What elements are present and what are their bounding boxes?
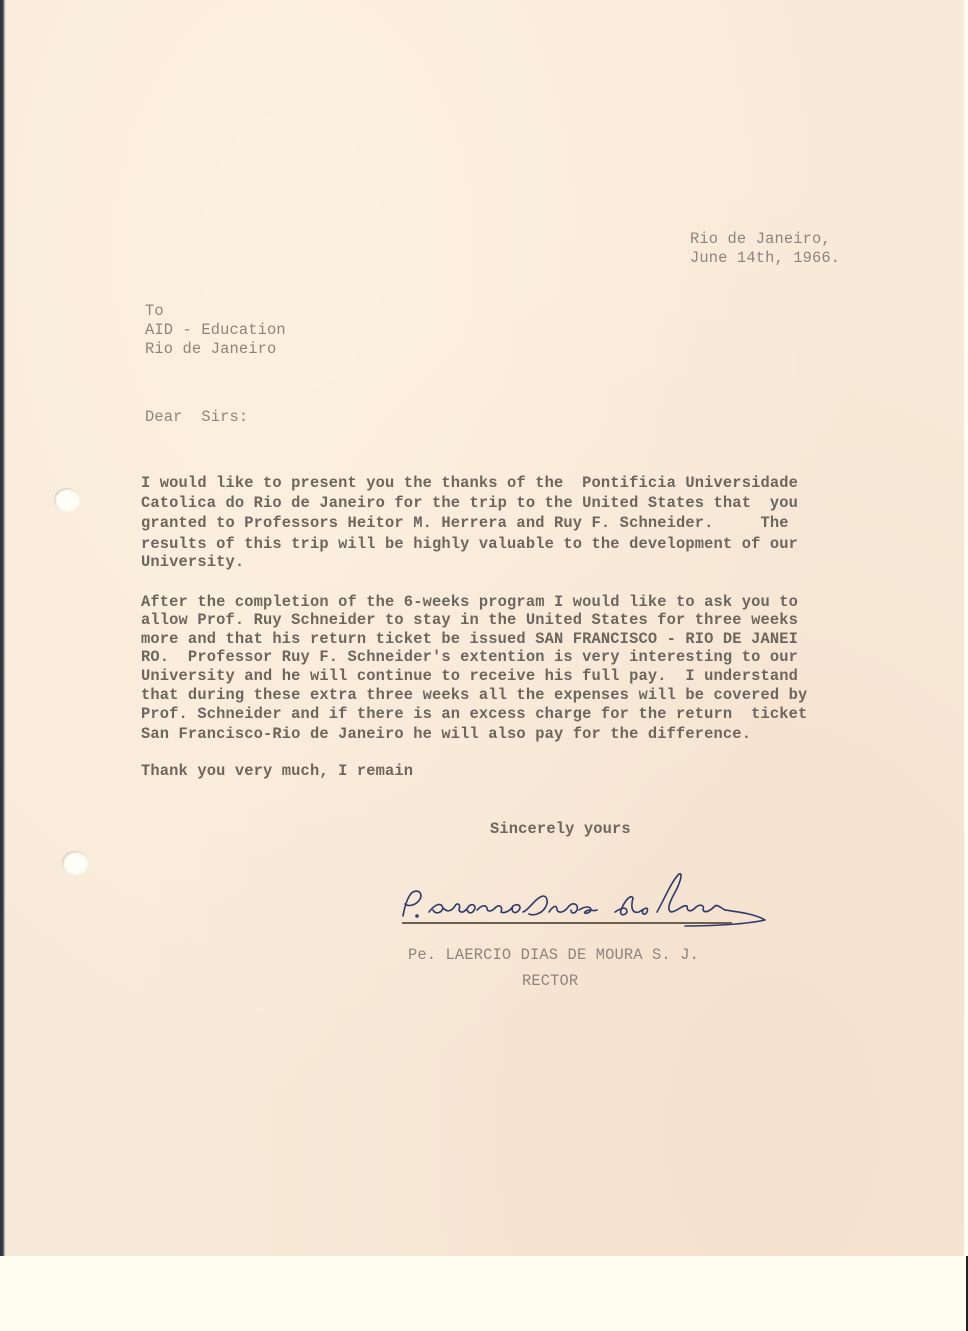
paragraph-line: results of this trip will be highly valu…: [141, 535, 798, 554]
signer-name: Pe. LAERCIO DIAS DE MOURA S. J.: [408, 946, 699, 965]
paragraph-line: more and that his return ticket be issue…: [141, 630, 798, 649]
paragraph-line: Catolica do Rio de Janeiro for the trip …: [141, 494, 798, 513]
signature-underline: [402, 922, 732, 924]
paragraph-line: University and he will continue to recei…: [141, 667, 798, 686]
paragraph-line: allow Prof. Ruy Schneider to stay in the…: [141, 611, 798, 630]
closing-line: Thank you very much, I remain: [141, 762, 413, 781]
paragraph-line: granted to Professors Heitor M. Herrera …: [141, 514, 789, 533]
paragraph-line: San Francisco-Rio de Janeiro he will als…: [141, 725, 751, 744]
signer-title: RECTOR: [522, 972, 578, 991]
paragraph-line: University.: [141, 553, 244, 572]
letter-date: June 14th, 1966.: [690, 249, 840, 268]
handwritten-signature: P. Laercio Dias de Moura: [395, 868, 775, 938]
paragraph-line: RO. Professor Ruy F. Schneider's extenti…: [141, 648, 798, 667]
punch-hole-bottom: [62, 851, 88, 875]
punch-hole-top: [54, 488, 80, 512]
page-left-edge: [0, 0, 6, 1256]
letter-place: Rio de Janeiro,: [690, 230, 831, 249]
salutation: Dear Sirs:: [145, 408, 248, 427]
recipient-org: AID - Education: [145, 321, 286, 340]
paragraph-line: that during these extra three weeks all …: [141, 686, 807, 705]
recipient-to: To: [145, 302, 164, 321]
recipient-city: Rio de Janeiro: [145, 340, 276, 359]
valediction: Sincerely yours: [490, 820, 631, 839]
paragraph-line: Prof. Schneider and if there is an exces…: [141, 705, 807, 724]
paragraph-line: After the completion of the 6-weeks prog…: [141, 593, 798, 612]
paragraph-line: I would like to present you the thanks o…: [141, 474, 798, 493]
